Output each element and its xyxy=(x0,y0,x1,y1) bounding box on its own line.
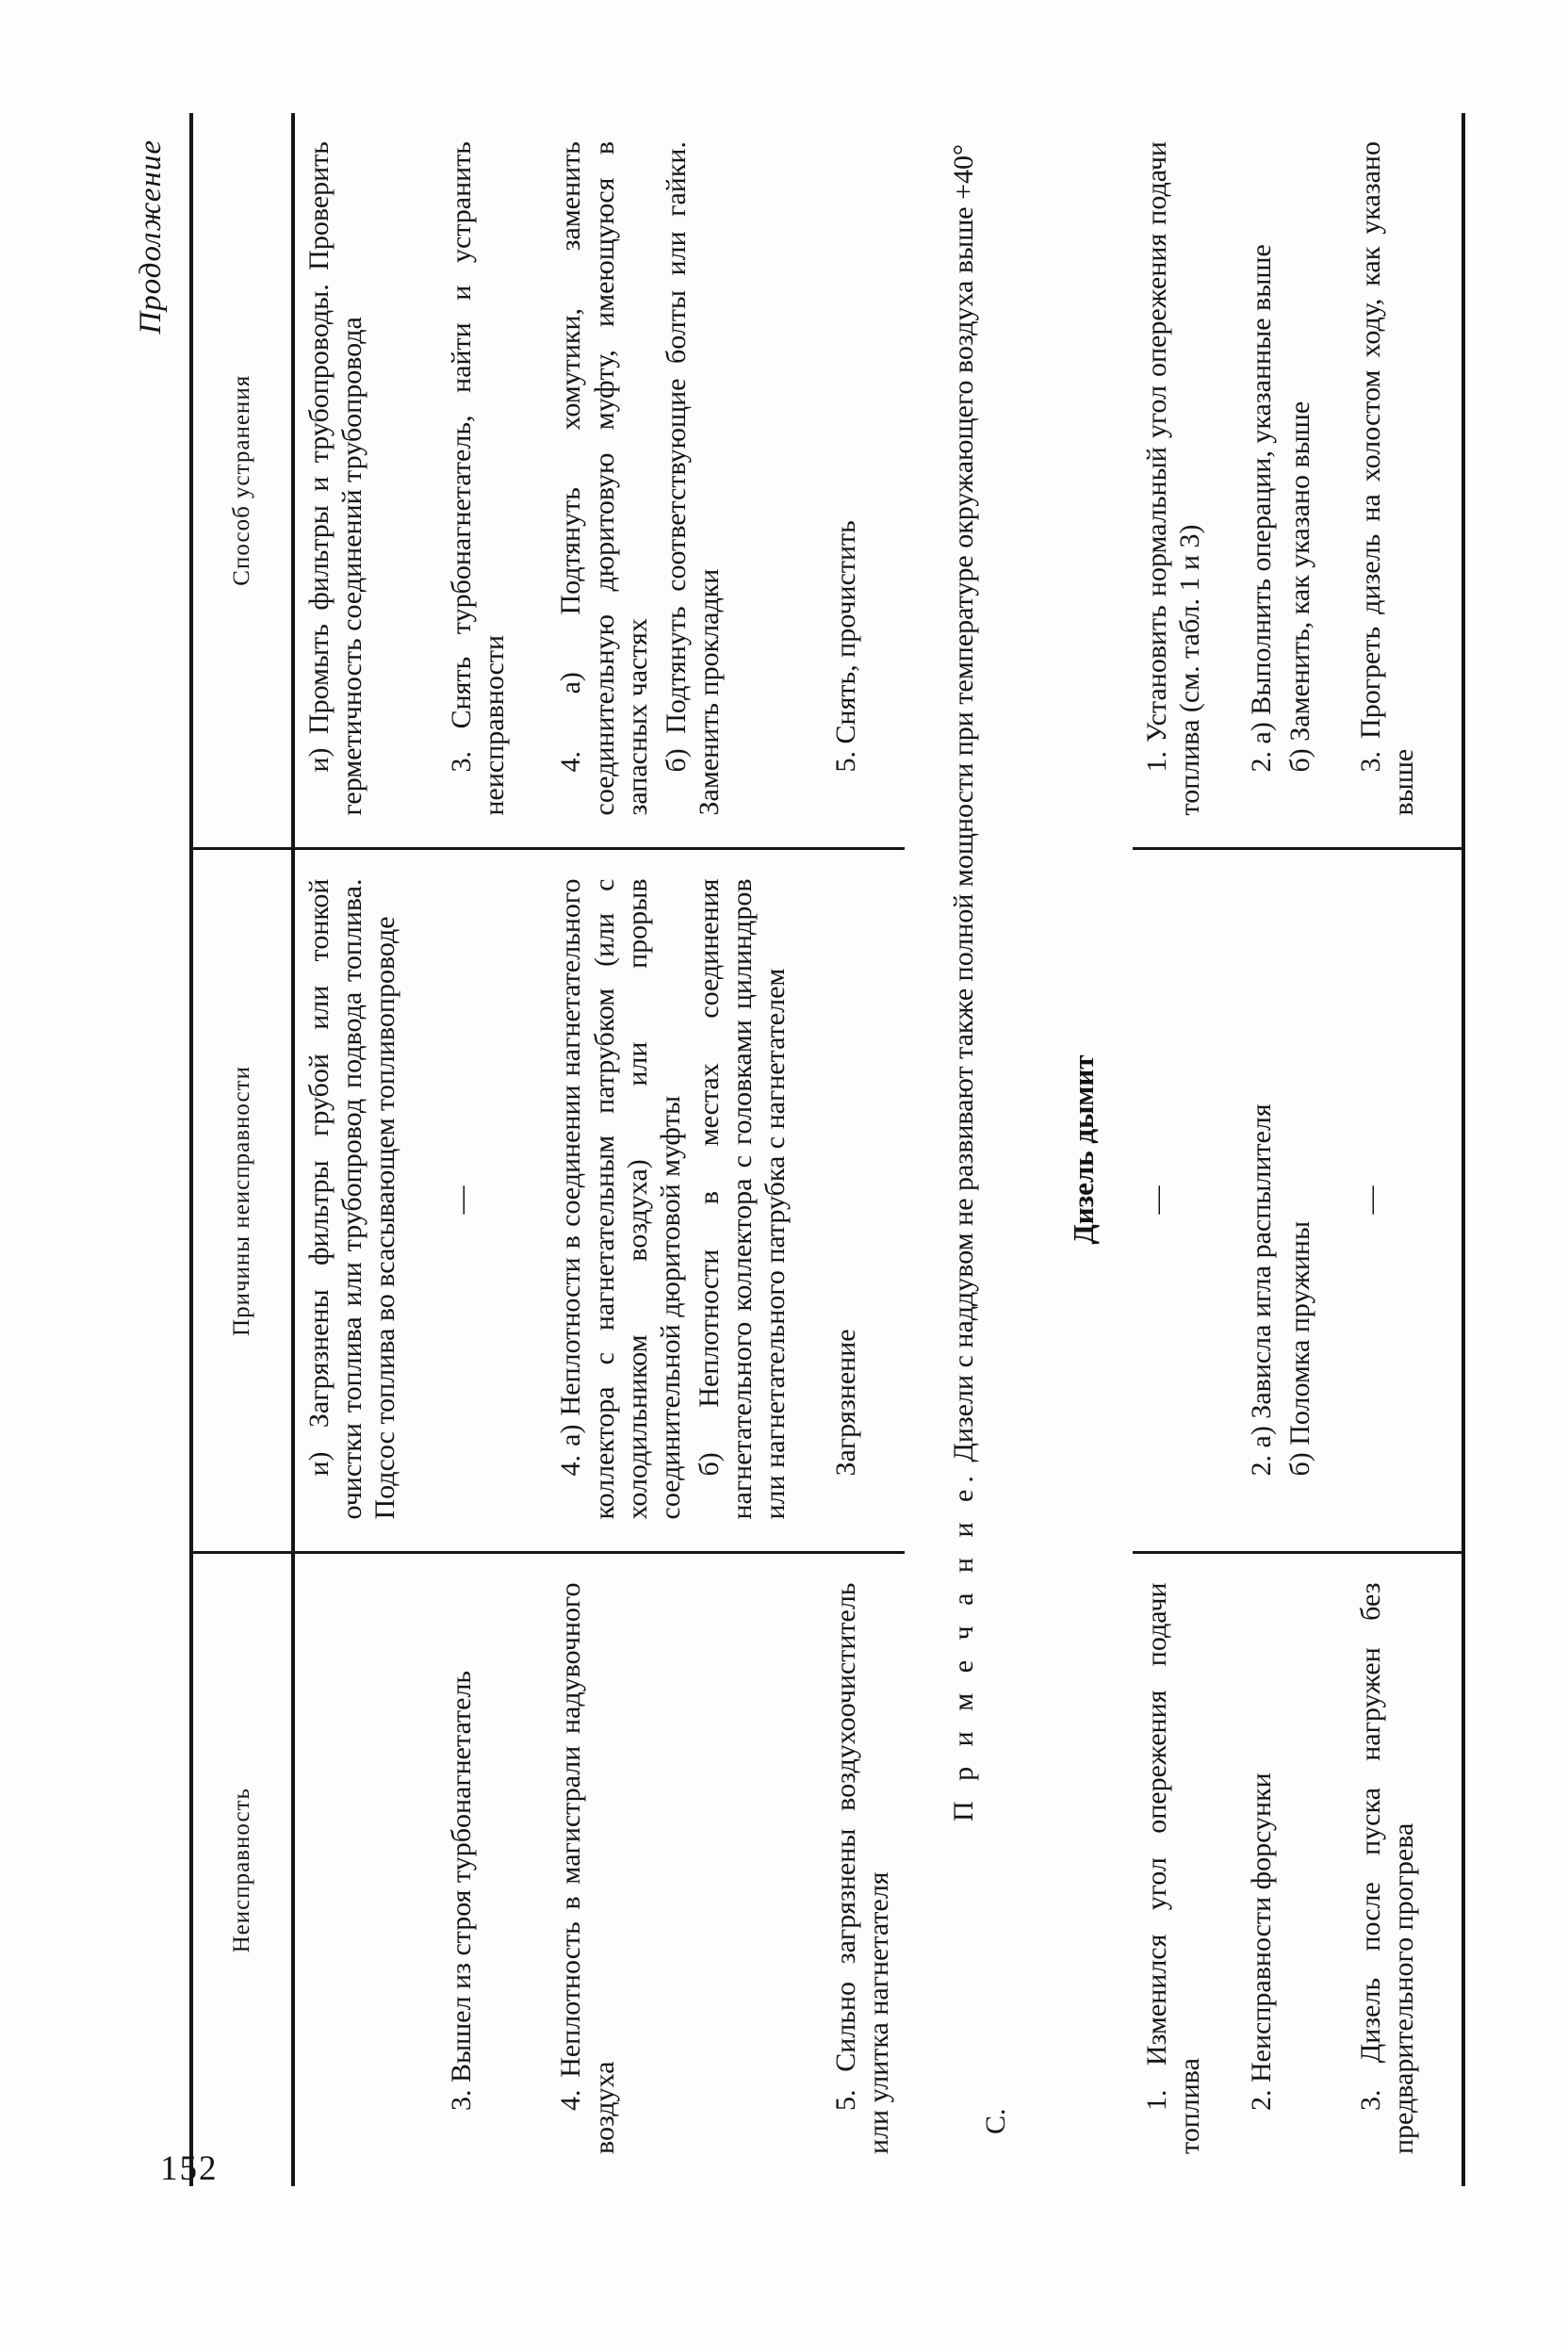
fault-text: 3. Дизель после пуска нагружен без предв… xyxy=(1354,1583,1420,2155)
no-cause-dash: — xyxy=(1354,879,1387,1520)
page-number: 152 xyxy=(160,2148,219,2189)
table-row: 2. Неисправности форсунки 2. а) Зависла … xyxy=(1217,113,1326,2186)
remedy-cell: 2. а) Выполнить операции, указанные выше… xyxy=(1217,113,1326,849)
cause-text: и) Загрязнены фильтры грубой или тонкой … xyxy=(302,879,401,1520)
remedy-text: б) Подтянуть соответствующие болты или г… xyxy=(660,141,726,816)
cause-text: 2. а) Зависла игла распылителя xyxy=(1245,879,1278,1520)
causes-cell: Загрязнение xyxy=(801,849,905,1553)
cause-text: б) Неплотности в местах соединения нагне… xyxy=(693,879,792,1520)
causes-cell: 2. а) Зависла игла распылителя б) Поломк… xyxy=(1217,849,1326,1553)
remedy-cell: 3. Снять турбонагнетатель, найти и устра… xyxy=(411,113,520,849)
no-cause-dash: — xyxy=(1140,879,1173,1520)
remedy-text: 3. Снять турбонагнетатель, найти и устра… xyxy=(445,141,511,816)
remedy-cell: 5. Снять, прочистить xyxy=(801,113,905,849)
section-title: Дизель дымит xyxy=(1067,113,1101,2186)
remedy-text: 2. а) Выполнить операции, указанные выше xyxy=(1245,141,1278,816)
causes-cell: 4. а) Неплотности в соединении нагнетате… xyxy=(520,849,801,1553)
remedy-text: 4. а) Подтянуть хомутики, заменить соеди… xyxy=(554,141,653,816)
fault-cell xyxy=(293,1553,411,2186)
footnote: П р и м е ч а н и е. Дизели с наддувом н… xyxy=(948,113,1012,2134)
fault-text: 3. Вышел из строя турбонагнетатель xyxy=(445,1583,478,2155)
fault-cell: 1. Изменился угол опережения подачи топл… xyxy=(1133,1553,1216,2186)
column-header-fault: Неисправность xyxy=(191,1553,293,2186)
remedy-text: и) Промыть фильтры и трубопроводы. Прове… xyxy=(302,141,368,816)
fault-text: 2. Неисправности форсунки xyxy=(1245,1583,1278,2155)
remedy-cell: 1. Установить нормальный угол опережения… xyxy=(1133,113,1216,849)
causes-cell: — xyxy=(1326,849,1463,1553)
column-header-remedy: Способ устранения xyxy=(191,113,293,849)
causes-cell: и) Загрязнены фильтры грубой или тонкой … xyxy=(293,849,411,1553)
fault-cell: 4. Неплотность в магистрали надувочного … xyxy=(520,1553,801,2186)
fault-cell: 5. Сильно загрязнены воздухоочиститель и… xyxy=(801,1553,905,2186)
remedy-text: б) Заменить, как указано выше xyxy=(1283,141,1316,816)
fault-text: 1. Изменился угол опережения подачи топл… xyxy=(1140,1583,1206,2155)
table-row: 5. Сильно загрязнены воздухоочиститель и… xyxy=(801,113,905,2186)
scanned-book-page: Продолжение Неисправность Причины неиспр… xyxy=(0,0,1568,2352)
table-row: 3. Вышел из строя турбонагнетатель — 3. … xyxy=(411,113,520,2186)
fault-text: 5. Сильно загрязнены воздухоочиститель и… xyxy=(829,1583,895,2155)
fault-cell: 3. Вышел из строя турбонагнетатель xyxy=(411,1553,520,2186)
causes-cell: — xyxy=(411,849,520,1553)
troubleshooting-table: Неисправность Причины неисправности Спос… xyxy=(189,113,905,2186)
footnote-label: П р и м е ч а н и е. xyxy=(948,1469,979,1821)
table-header-row: Неисправность Причины неисправности Спос… xyxy=(191,113,293,2186)
fault-text: 4. Неплотность в магистрали надувочного … xyxy=(554,1583,620,2155)
remedy-cell: 4. а) Подтянуть хомутики, заменить соеди… xyxy=(520,113,801,849)
fault-cell: 2. Неисправности форсунки xyxy=(1217,1553,1326,2186)
table-row: 1. Изменился угол опережения подачи топл… xyxy=(1133,113,1216,2186)
table-row: и) Загрязнены фильтры грубой или тонкой … xyxy=(293,113,411,2186)
remedy-text: 3. Прогреть дизель на холостом ходу, как… xyxy=(1354,141,1420,816)
remedy-text: 5. Снять, прочистить xyxy=(829,141,862,816)
fault-cell: 3. Дизель после пуска нагружен без предв… xyxy=(1326,1553,1463,2186)
remedy-cell: 3. Прогреть дизель на холостом ходу, как… xyxy=(1326,113,1463,849)
remedy-text: 1. Установить нормальный угол опережения… xyxy=(1140,141,1206,816)
cause-text: Загрязнение xyxy=(829,879,862,1520)
column-header-causes: Причины неисправности xyxy=(191,849,293,1553)
no-cause-dash: — xyxy=(445,879,478,1520)
table-row: 4. Неплотность в магистрали надувочного … xyxy=(520,113,801,2186)
cause-text: б) Поломка пружины xyxy=(1283,879,1316,1520)
table-row: 3. Дизель после пуска нагружен без предв… xyxy=(1326,113,1463,2186)
diesel-smokes-table: 1. Изменился угол опережения подачи топл… xyxy=(1133,113,1465,2186)
remedy-cell: и) Промыть фильтры и трубопроводы. Прове… xyxy=(293,113,411,849)
continuation-label: Продолжение xyxy=(134,139,169,2186)
cause-text: 4. а) Неплотности в соединении нагнетате… xyxy=(554,879,686,1520)
footnote-text: Дизели с наддувом не развивают также пол… xyxy=(948,144,1011,2134)
rotated-table-content: Продолжение Неисправность Причины неиспр… xyxy=(134,113,1472,2186)
causes-cell: — xyxy=(1133,849,1216,1553)
